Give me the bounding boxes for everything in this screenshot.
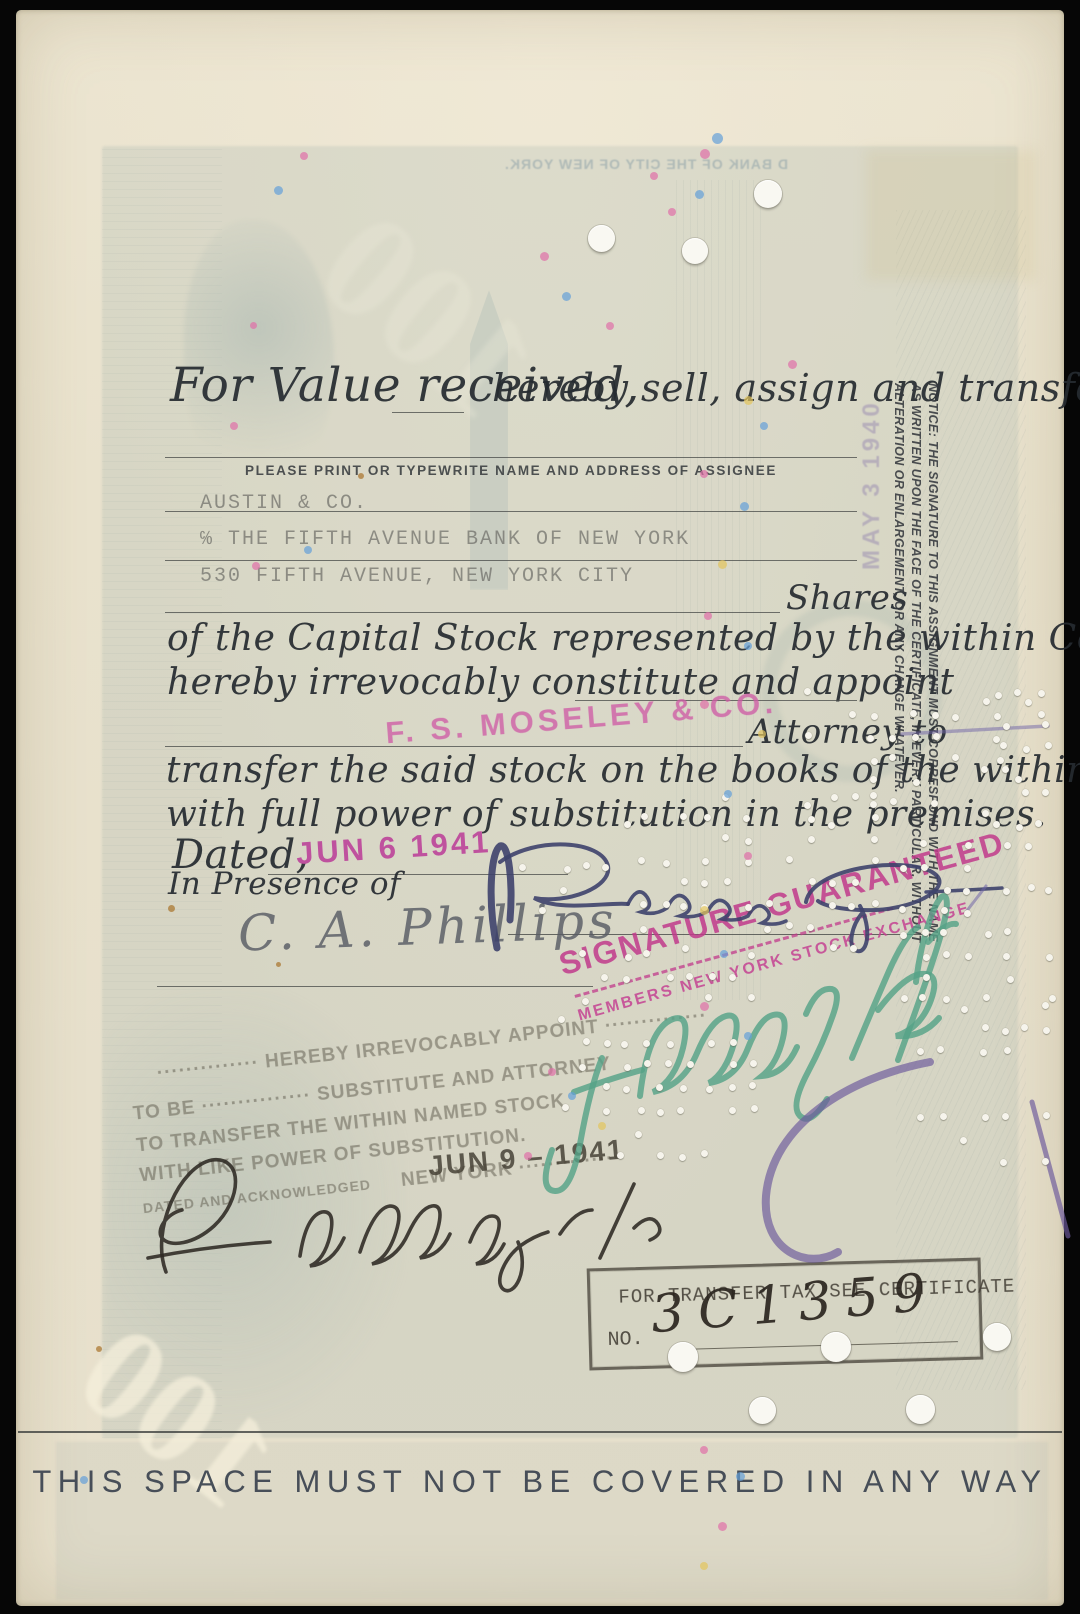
perforation-dot (729, 974, 736, 981)
perforation-dot (730, 1061, 737, 1068)
assignee-typed-line-3: 530 FIFTH AVENUE, NEW YORK CITY (200, 565, 634, 588)
perforation-dot (994, 713, 1001, 720)
perforation-dot (910, 710, 917, 717)
perforation-dot (558, 1016, 565, 1023)
perforation-dot (603, 1108, 610, 1115)
perforation-dot (1042, 789, 1049, 796)
perforation-dot (899, 906, 906, 913)
attorney-rule (165, 746, 743, 747)
confetti-speck (712, 133, 723, 144)
perforation-dot (1038, 690, 1045, 697)
punch-hole (906, 1395, 935, 1424)
perforation-dot (602, 864, 609, 871)
transfer-tax-box: FOR TRANSFER TAX SEE CERTIFICATE NO. 3C1… (587, 1258, 984, 1371)
confetti-speck (700, 906, 709, 915)
transfer-line-1: transfer the said stock on the books of … (166, 750, 1080, 791)
perforation-dot (1002, 766, 1009, 773)
perforation-dot (745, 859, 752, 866)
perforation-dot (965, 842, 972, 849)
perforation-dot (804, 802, 811, 809)
perforation-dot (982, 1024, 989, 1031)
perforation-dot (1049, 995, 1056, 1002)
perforation-dot (680, 813, 687, 820)
perforation-dot (809, 878, 816, 885)
perforation-dot (870, 792, 877, 799)
perforation-dot (943, 951, 950, 958)
mirrored-100-numeral-bottom: 100 (50, 1294, 305, 1541)
perforation-dot (870, 801, 877, 808)
perforation-dot (680, 1085, 687, 1092)
perforation-dot (1042, 1002, 1049, 1009)
perforation-dot (889, 735, 896, 742)
perforation-dot (982, 810, 989, 817)
perforation-dot (1003, 953, 1010, 960)
perforation-dot (993, 736, 1000, 743)
perforation-dot (705, 994, 712, 1001)
confetti-speck (718, 560, 727, 569)
perforation-dot (919, 994, 926, 1001)
punch-hole (682, 238, 708, 264)
perforation-dot (923, 974, 930, 981)
perforation-dot (643, 950, 650, 957)
perforation-dot (624, 821, 631, 828)
confetti-speck (598, 1122, 606, 1130)
perforation-dot (519, 864, 526, 871)
perforation-dot (932, 712, 939, 719)
perforation-dot (920, 840, 927, 847)
perforation-dot (708, 1040, 715, 1047)
perforation-dot (804, 688, 811, 695)
assignee-caption: PLEASE PRINT OR TYPEWRITE NAME AND ADDRE… (165, 463, 857, 478)
perforation-dot (786, 922, 793, 929)
perforation-dot (729, 1107, 736, 1114)
perforation-dot (601, 974, 608, 981)
perforation-dot (730, 1039, 737, 1046)
stain-top-right (866, 150, 1036, 280)
scanned-stock-certificate-back: D BANK OF THE CITY OF NEW YORK. 100 100 … (0, 0, 1080, 1614)
faint-date-stamp-may-3-1940: MAY 3 1940 (858, 399, 886, 570)
perforation-dot (749, 1082, 756, 1089)
confetti-speck (276, 962, 281, 967)
perforation-dot (912, 734, 919, 741)
perforation-dot (1043, 1112, 1050, 1119)
tax-box-number-rule (670, 1341, 958, 1350)
perforation-dot (539, 907, 546, 914)
tax-box-no-label: NO. (607, 1328, 644, 1352)
perforation-dot (656, 1084, 663, 1091)
perforation-dot (562, 1104, 569, 1111)
bleedthrough-medallion (184, 220, 334, 490)
perforation-dot (952, 754, 959, 761)
perforation-dot (677, 1107, 684, 1114)
perforation-dot (901, 995, 908, 1002)
confetti-speck (744, 852, 752, 860)
perforation-dot (704, 814, 711, 821)
perforation-dot (635, 1131, 642, 1138)
in-presence-of-label: In Presence of (168, 866, 401, 902)
perforation-dot (724, 878, 731, 885)
shares-rule (165, 612, 780, 613)
confetti-speck (744, 1032, 752, 1040)
witness-signature-rule (157, 986, 593, 987)
perforation-dot (872, 900, 879, 907)
perforation-dot (1003, 723, 1010, 730)
perforation-dot (701, 1150, 708, 1157)
perforation-dot (982, 1114, 989, 1121)
perforation-dot (943, 996, 950, 1003)
perforation-dot (913, 779, 920, 786)
confetti-speck (744, 396, 753, 405)
perforation-dot (850, 945, 857, 952)
perforation-dot (1016, 824, 1023, 831)
perforation-dot (1022, 789, 1029, 796)
perforation-dot (829, 902, 836, 909)
perforation-dot (706, 1086, 713, 1093)
tax-certificate-number-handwritten: 3C1359 (649, 1262, 942, 1345)
punch-hole (983, 1323, 1011, 1351)
perforation-dot (722, 834, 729, 841)
perforation-dot (583, 862, 590, 869)
perforation-dot (582, 998, 589, 1005)
perforation-dot (665, 1060, 672, 1067)
punch-hole (668, 1342, 698, 1372)
perforation-dot (923, 954, 930, 961)
punch-hole (821, 1332, 851, 1362)
perforation-dot (805, 732, 812, 739)
punch-hole (588, 225, 615, 252)
confetti-speck (724, 790, 732, 798)
perforation-dot (604, 1040, 611, 1047)
perforation-dot (766, 900, 773, 907)
perforation-dot (900, 865, 907, 872)
perforation-dot (1025, 843, 1032, 850)
perforation-dot (1007, 976, 1014, 983)
confetti-speck (718, 1522, 727, 1531)
perforation-dot (1000, 1159, 1007, 1166)
assignee-typed-line-2: ℅ THE FIFTH AVENUE BANK OF NEW YORK (200, 528, 690, 551)
perforation-dot (621, 1041, 628, 1048)
confetti-speck (568, 1092, 576, 1100)
perforation-dot (940, 1113, 947, 1120)
perforation-dot (644, 1060, 651, 1067)
perforation-dot (680, 903, 687, 910)
confetti-speck (606, 322, 614, 330)
perforation-dot (852, 793, 859, 800)
perforation-dot (564, 866, 571, 873)
perforation-dot (852, 879, 859, 886)
perforation-dot (701, 880, 708, 887)
perforation-dot (640, 926, 647, 933)
perforation-dot (1000, 742, 1007, 749)
perforation-dot (641, 813, 648, 820)
perforation-dot (603, 1083, 610, 1090)
assignee-rule-1 (165, 457, 857, 458)
perforation-dot (931, 800, 938, 807)
perforation-dot (944, 887, 951, 894)
perforation-dot (745, 838, 752, 845)
perforation-dot (657, 1152, 664, 1159)
perforation-dot (964, 910, 971, 917)
perforation-dot (1004, 1047, 1011, 1054)
perforation-dot (667, 974, 674, 981)
confetti-speck (736, 1472, 745, 1481)
perforation-dot (643, 1040, 650, 1047)
perforation-dot (831, 794, 838, 801)
punch-hole (749, 1397, 776, 1424)
perforation-dot (890, 798, 897, 805)
sell-assign-transfer-script: hereby sell, assign and transfer unto (492, 366, 1080, 410)
perforation-dot (640, 901, 647, 908)
perforation-dot (1004, 842, 1011, 849)
perforation-dot (997, 757, 1004, 764)
perforation-dot (870, 776, 877, 783)
perforation-dot (1014, 689, 1021, 696)
blank-line (392, 412, 464, 413)
perforation-dot (709, 973, 716, 980)
bleedthrough-left-strip (102, 146, 222, 1438)
confetti-speck (744, 642, 752, 650)
perforation-dot (751, 1105, 758, 1112)
confetti-speck (358, 473, 364, 479)
confetti-speck (740, 502, 749, 511)
perforation-dot (663, 901, 670, 908)
confetti-speck (96, 1346, 102, 1352)
perforation-dot (1002, 1113, 1009, 1120)
confetti-speck (700, 1562, 708, 1570)
confetti-speck (700, 1446, 708, 1454)
confetti-speck (274, 186, 283, 195)
perforation-dot (921, 864, 928, 871)
perforation-dot (872, 814, 879, 821)
perforation-dot (1003, 888, 1010, 895)
perforation-dot (940, 929, 947, 936)
perforation-dot (681, 878, 688, 885)
assignee-rule-3 (165, 560, 857, 561)
perforation-dot (848, 903, 855, 910)
perforation-dot (560, 887, 567, 894)
perforation-dot (750, 1060, 757, 1067)
perforation-dot (1002, 1028, 1009, 1035)
capital-stock-line-1: of the Capital Stock represented by the … (167, 618, 1080, 659)
perforation-dot (828, 822, 835, 829)
confetti-speck (758, 730, 766, 738)
confetti-speck (668, 208, 676, 216)
perforation-dot (937, 1046, 944, 1053)
perforation-dot (922, 929, 929, 936)
perforation-dot (872, 857, 879, 864)
perforation-dot (638, 857, 645, 864)
perforation-dot (867, 735, 874, 742)
perforation-dot (849, 711, 856, 718)
bleedthrough-gray-zone (102, 146, 1018, 1438)
perforation-dot (1038, 711, 1045, 718)
perforation-dot (786, 856, 793, 863)
perforation-dot (638, 1107, 645, 1114)
confetti-speck (300, 152, 308, 160)
perforation-dot (1045, 887, 1052, 894)
assignee-typed-line-1: AUSTIN & CO. (200, 492, 368, 515)
confetti-speck (720, 950, 728, 958)
perforation-dot (961, 1006, 968, 1013)
capital-stock-line-2: hereby irrevocably constitute and appoin… (167, 662, 954, 703)
mirrored-bleedthrough-text: D BANK OF THE CITY OF NEW YORK. (471, 156, 821, 172)
perforation-dot (625, 954, 632, 961)
perforation-dot (1021, 1024, 1028, 1031)
perforation-dot (983, 698, 990, 705)
perforation-dot (1042, 1158, 1049, 1165)
perforation-dot (917, 1114, 924, 1121)
footer-warning-text: THIS SPACE MUST NOT BE COVERED IN ANY WA… (0, 1464, 1080, 1501)
perforation-dot (1042, 721, 1049, 728)
perforation-dot (657, 1109, 664, 1116)
punch-hole (754, 180, 782, 208)
perforation-dot (985, 931, 992, 938)
confetti-speck (540, 252, 549, 261)
bleedthrough-center-column (676, 180, 766, 1000)
perforation-dot (829, 880, 836, 887)
confetti-speck (704, 612, 712, 620)
confetti-speck (524, 1152, 532, 1160)
perforation-dot (889, 754, 896, 761)
perforation-dot (764, 926, 771, 933)
perforation-dot (830, 944, 837, 951)
perforation-dot (579, 950, 586, 957)
perforation-dot (1004, 928, 1011, 935)
confetti-speck (650, 172, 658, 180)
confetti-speck (230, 422, 238, 430)
perforation-dot (933, 733, 940, 740)
confetti-speck (700, 1002, 709, 1011)
perforation-dot (667, 1041, 674, 1048)
perforation-dot (748, 994, 755, 1001)
perforation-dot (1025, 699, 1032, 706)
perforation-dot (917, 1048, 924, 1055)
confetti-speck (304, 546, 312, 554)
perforation-dot (686, 973, 693, 980)
perforation-dot (1043, 1027, 1050, 1034)
confetti-speck (760, 422, 768, 430)
perforation-dot (980, 1049, 987, 1056)
perforation-dot (1035, 820, 1042, 827)
perforation-dot (1045, 742, 1052, 749)
confetti-speck (168, 905, 175, 912)
perforation-dot (981, 766, 988, 773)
perforation-dot (1028, 884, 1035, 891)
perforation-dot (995, 692, 1002, 699)
confetti-speck (252, 562, 260, 570)
confetti-speck (250, 322, 257, 329)
confetti-speck (700, 470, 708, 478)
perforation-dot (808, 816, 815, 823)
perforation-dot (993, 821, 1000, 828)
confetti-speck (695, 190, 704, 199)
perforation-dot (682, 945, 689, 952)
perforation-dot (623, 1086, 630, 1093)
perforation-dot (702, 858, 709, 865)
confetti-speck (700, 700, 709, 709)
perforation-dot (807, 924, 814, 931)
perforation-dot (623, 976, 630, 983)
perforation-dot (745, 904, 752, 911)
confetti-speck (80, 1476, 88, 1484)
perforation-dot (743, 815, 750, 822)
perforation-dot (960, 1137, 967, 1144)
perforation-dot (624, 1064, 631, 1071)
perforation-dot (871, 713, 878, 720)
perforation-dot (687, 1061, 694, 1068)
perforation-dot (1046, 954, 1053, 961)
perforation-dot (1015, 776, 1022, 783)
perforation-dot (964, 865, 971, 872)
confetti-speck (700, 149, 710, 159)
perforation-dot (748, 952, 755, 959)
perforation-dot (617, 1152, 624, 1159)
perforation-dot (1023, 746, 1030, 753)
perforation-dot (871, 758, 878, 765)
confetti-speck (562, 292, 571, 301)
perforation-dot (808, 836, 815, 843)
perforation-dot (952, 714, 959, 721)
perforation-dot (729, 1084, 736, 1091)
confetti-speck (548, 1068, 556, 1076)
perforation-dot (963, 888, 970, 895)
perforation-dot (663, 860, 670, 867)
perforation-dot (983, 994, 990, 1001)
perforation-dot (871, 836, 878, 843)
confetti-speck (788, 360, 797, 369)
perforation-dot (900, 932, 907, 939)
footer-rule (18, 1431, 1062, 1433)
perforation-dot (579, 1064, 586, 1071)
perforation-dot (679, 1154, 686, 1161)
perforation-dot (965, 953, 972, 960)
perforation-dot (941, 907, 948, 914)
perforation-dot (583, 1038, 590, 1045)
